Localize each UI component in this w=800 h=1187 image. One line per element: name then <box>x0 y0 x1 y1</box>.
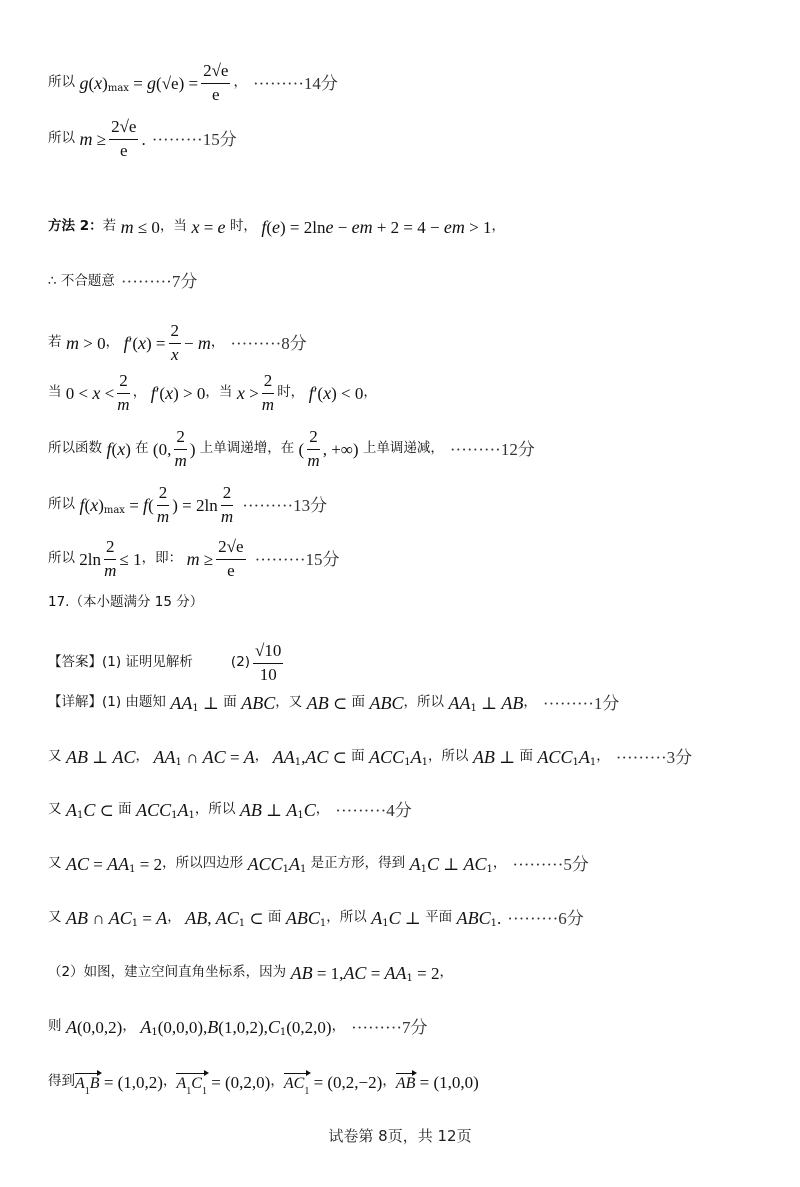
q17-step-6: （2）如图，建立空间直角坐标系，因为 AB = 1,AC = AA1 = 2， <box>48 964 453 982</box>
answer-part1: (1) 证明见解析 <box>102 656 193 670</box>
score-12: ·········12分 <box>450 441 535 458</box>
text-prefix: 所以 <box>48 76 75 90</box>
q17-step-2: 又 AB ⊥ AC， AA1 ∩ AC = A， AA1,AC ⊂ 面 ACC1… <box>48 748 692 766</box>
method2-line-4: 当 0 < x < 2m ， f′(x) > 0，当 x > 2m 时， f′(… <box>48 372 377 414</box>
score-13: ·········13分 <box>242 497 327 514</box>
vector-AB: AB <box>396 1072 416 1092</box>
q17-header-text: 17.（本小题满分 15 分） <box>48 596 203 610</box>
answer-label: 【答案】 <box>48 656 102 670</box>
fraction-2-over-m: 2m <box>117 372 130 414</box>
q17-header: 17.（本小题满分 15 分） <box>48 596 203 610</box>
method2-line-7: 所以 2ln 2m ≤ 1，即： m ≥ 2√ee ·········15分 <box>48 538 340 580</box>
fraction-2-over-m: 2m <box>174 428 187 470</box>
score-6: ·········6分 <box>507 910 583 927</box>
detail-label: 【详解】 <box>48 696 102 710</box>
vector-A1C1: A1C1 <box>176 1072 206 1092</box>
score-15: ·········15分 <box>152 131 237 148</box>
vector-AC1: AC1 <box>284 1072 309 1092</box>
fraction-2-over-m: 2m <box>104 538 117 580</box>
score-14: ·········14分 <box>253 75 338 92</box>
score-5: ·········5分 <box>512 856 588 873</box>
vector-A1B: A1B <box>75 1072 100 1092</box>
q17-step-1: 【详解】 (1) 由题知 AA1 ⊥ 面 ABC，又 AB ⊂ 面 ABC，所以… <box>48 694 619 712</box>
method2-line-1: 方法 2： 若 m ≤ 0，当 x = e 时， f(e) = 2lne − e… <box>48 218 505 236</box>
page-footer: 试卷第 8页，共 12页 <box>0 1125 800 1146</box>
score-7: ·········7分 <box>351 1019 427 1036</box>
q17-step-8: 得到 A1B = (1,0,2)， A1C1 = (0,2,0)， AC1 = … <box>48 1072 479 1092</box>
method2-label: 方法 2： <box>48 220 103 234</box>
fraction-sqrt10-over-10: √1010 <box>253 642 283 684</box>
method1-line-15: 所以 m ≥ 2√ee . ·········15分 <box>48 118 237 160</box>
method2-line-6: 所以 f(x)max = f( 2m ) = 2ln 2m ·········1… <box>48 484 327 526</box>
fraction-2-over-m: 2m <box>221 484 234 526</box>
fraction-2sqrte-over-e: 2√ee <box>201 62 230 104</box>
fraction-2sqrte-over-e: 2√ee <box>216 538 245 580</box>
score-4: ·········4分 <box>335 802 411 819</box>
fraction-2sqrte-over-e: 2√ee <box>109 118 138 160</box>
score-1: ·········1分 <box>543 695 619 712</box>
method1-line-14: 所以 g(x)max = g(√e) = 2√ee ， ·········14分 <box>48 62 338 104</box>
q17-step-4: 又 AC = AA1 = 2，所以四边形 ACC1A1 是正方形，得到 A1C … <box>48 855 589 873</box>
fraction-2-over-m: 2m <box>262 372 275 414</box>
q17-answer: 【答案】 (1) 证明见解析 (2) √1010 <box>48 642 286 684</box>
fraction-2-over-m: 2m <box>307 428 320 470</box>
method2-line-5: 所以函数 f(x) 在 (0, 2m ) 上单调递增，在 ( 2m , +∞) … <box>48 428 535 470</box>
method2-line-3: 若 m > 0， f′(x) = 2x − m， ·········8分 <box>48 322 307 364</box>
method2-line-2: ∴ 不合题意 ·········7分 <box>48 273 197 290</box>
score-15: ·········15分 <box>255 551 340 568</box>
score-7: ·········7分 <box>121 273 197 290</box>
fraction-2-over-x: 2x <box>169 322 182 364</box>
not-valid-text: ∴ 不合题意 <box>48 275 115 289</box>
text-prefix: 所以 <box>48 132 75 146</box>
q17-step-3: 又 A1C ⊂ 面 ACC1A1，所以 AB ⊥ A1C， ·········4… <box>48 801 412 819</box>
q17-step-5: 又 AB ∩ AC1 = A， AB, AC1 ⊂ 面 ABC1，所以 A1C … <box>48 909 584 927</box>
score-8: ·········8分 <box>230 335 306 352</box>
q17-step-7: 则 A(0,0,2)， A1(0,0,0),B(1,0,2),C1(0,2,0)… <box>48 1018 428 1036</box>
fraction-2-over-m: 2m <box>157 484 170 526</box>
score-3: ·········3分 <box>616 749 692 766</box>
